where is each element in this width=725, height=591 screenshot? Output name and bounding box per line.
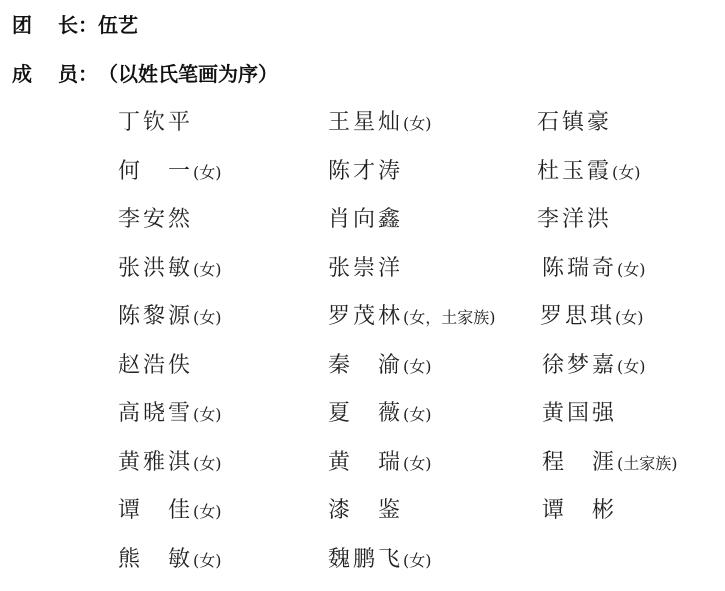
member-name: 夏 薇 bbox=[328, 401, 403, 426]
member-name: 王星灿 bbox=[328, 110, 403, 135]
member-entry: 张洪敏(女) bbox=[118, 252, 222, 287]
member-entry: 肖向鑫 bbox=[328, 203, 403, 238]
members-row: 张洪敏(女) 张崇洋 陈瑞奇(女) bbox=[0, 252, 725, 301]
member-entry: 谭 彬 bbox=[542, 494, 617, 529]
member-entry: 石镇豪 bbox=[537, 106, 612, 141]
member-entry: 陈才涛 bbox=[328, 155, 403, 190]
member-name: 石镇豪 bbox=[537, 110, 612, 135]
member-note: (女) bbox=[612, 163, 641, 182]
member-entry: 黄 瑞(女) bbox=[328, 446, 432, 481]
members-row: 黄雅淇(女) 黄 瑞(女) 程 涯(土家族) bbox=[0, 446, 725, 495]
members-row: 何 一(女) 陈才涛 杜玉霞(女) bbox=[0, 155, 725, 204]
member-entry: 秦 渝(女) bbox=[328, 349, 432, 384]
team-leader-line: 团长：伍艺 bbox=[12, 12, 138, 38]
members-label-char2: 员： bbox=[58, 61, 98, 87]
member-note: (女) bbox=[403, 551, 432, 570]
member-entry: 夏 薇(女) bbox=[328, 397, 432, 432]
member-name: 熊 敏 bbox=[118, 547, 193, 572]
member-entry: 李安然 bbox=[118, 203, 193, 238]
member-entry: 张崇洋 bbox=[328, 252, 403, 287]
member-note: (女) bbox=[193, 551, 222, 570]
members-heading-line: 成员：（以姓氏笔画为序） bbox=[12, 61, 278, 87]
members-row: 熊 敏(女) 魏鹏飞(女) bbox=[0, 543, 725, 591]
member-note: (女) bbox=[617, 260, 646, 279]
member-name: 张崇洋 bbox=[328, 256, 403, 281]
member-entry: 何 一(女) bbox=[118, 155, 222, 190]
member-name: 陈才涛 bbox=[328, 159, 403, 184]
member-name: 黄 瑞 bbox=[328, 450, 403, 475]
member-name: 罗茂林 bbox=[328, 304, 403, 329]
member-note: (女) bbox=[403, 114, 432, 133]
member-note: (女) bbox=[193, 260, 222, 279]
member-name: 赵浩佚 bbox=[118, 353, 193, 378]
member-entry: 赵浩佚 bbox=[118, 349, 193, 384]
leader-name: 伍艺 bbox=[98, 13, 138, 37]
member-name: 高晓雪 bbox=[118, 401, 193, 426]
member-entry: 谭 佳(女) bbox=[118, 494, 222, 529]
member-name: 黄国强 bbox=[542, 401, 617, 426]
member-note: (女，土家族) bbox=[403, 308, 496, 327]
member-name: 程 涯 bbox=[542, 450, 617, 475]
member-entry: 漆 鉴 bbox=[328, 494, 403, 529]
member-name: 杜玉霞 bbox=[537, 159, 612, 184]
members-row: 赵浩佚 秦 渝(女) 徐梦嘉(女) bbox=[0, 349, 725, 398]
member-entry: 程 涯(土家族) bbox=[542, 446, 678, 481]
member-name: 陈黎源 bbox=[118, 304, 193, 329]
member-name: 谭 彬 bbox=[542, 498, 617, 523]
member-entry: 王星灿(女) bbox=[328, 106, 432, 141]
member-entry: 罗茂林(女，土家族) bbox=[328, 300, 496, 335]
member-entry: 陈黎源(女) bbox=[118, 300, 222, 335]
leader-label-char1: 团 bbox=[12, 12, 58, 38]
leader-label-char2: 长： bbox=[58, 12, 98, 38]
members-row: 丁钦平 王星灿(女) 石镇豪 bbox=[0, 106, 725, 155]
member-entry: 徐梦嘉(女) bbox=[542, 349, 646, 384]
members-label-char1: 成 bbox=[12, 61, 58, 87]
member-entry: 李洋洪 bbox=[537, 203, 612, 238]
member-note: (土家族) bbox=[617, 454, 678, 473]
members-row: 陈黎源(女) 罗茂林(女，土家族) 罗思琪(女) bbox=[0, 300, 725, 349]
member-entry: 黄雅淇(女) bbox=[118, 446, 222, 481]
members-row: 高晓雪(女) 夏 薇(女) 黄国强 bbox=[0, 397, 725, 446]
member-name: 魏鹏飞 bbox=[328, 547, 403, 572]
member-name: 徐梦嘉 bbox=[542, 353, 617, 378]
member-note: (女) bbox=[193, 405, 222, 424]
members-order-note: （以姓氏笔画为序） bbox=[98, 62, 278, 86]
member-name: 何 一 bbox=[118, 159, 193, 184]
members-row: 谭 佳(女) 漆 鉴 谭 彬 bbox=[0, 494, 725, 543]
member-name: 张洪敏 bbox=[118, 256, 193, 281]
member-name: 丁钦平 bbox=[118, 110, 193, 135]
member-name: 李洋洪 bbox=[537, 207, 612, 232]
member-name: 黄雅淇 bbox=[118, 450, 193, 475]
member-entry: 杜玉霞(女) bbox=[537, 155, 641, 190]
member-entry: 罗思琪(女) bbox=[540, 300, 644, 335]
member-entry: 魏鹏飞(女) bbox=[328, 543, 432, 578]
member-note: (女) bbox=[193, 502, 222, 521]
member-note: (女) bbox=[615, 308, 644, 327]
members-row: 李安然 肖向鑫 李洋洪 bbox=[0, 203, 725, 252]
member-name: 罗思琪 bbox=[540, 304, 615, 329]
members-list: 丁钦平 王星灿(女) 石镇豪 何 一(女) 陈才涛 杜玉霞(女) 李安然 肖向鑫… bbox=[0, 106, 725, 591]
member-entry: 丁钦平 bbox=[118, 106, 193, 141]
member-name: 肖向鑫 bbox=[328, 207, 403, 232]
member-note: (女) bbox=[403, 454, 432, 473]
member-entry: 陈瑞奇(女) bbox=[542, 252, 646, 287]
member-name: 陈瑞奇 bbox=[542, 256, 617, 281]
member-note: (女) bbox=[617, 357, 646, 376]
member-note: (女) bbox=[193, 308, 222, 327]
member-name: 漆 鉴 bbox=[328, 498, 403, 523]
member-entry: 熊 敏(女) bbox=[118, 543, 222, 578]
member-note: (女) bbox=[193, 454, 222, 473]
member-note: (女) bbox=[403, 405, 432, 424]
member-name: 秦 渝 bbox=[328, 353, 403, 378]
member-name: 谭 佳 bbox=[118, 498, 193, 523]
member-note: (女) bbox=[403, 357, 432, 376]
member-note: (女) bbox=[193, 163, 222, 182]
member-name: 李安然 bbox=[118, 207, 193, 232]
member-entry: 黄国强 bbox=[542, 397, 617, 432]
member-entry: 高晓雪(女) bbox=[118, 397, 222, 432]
